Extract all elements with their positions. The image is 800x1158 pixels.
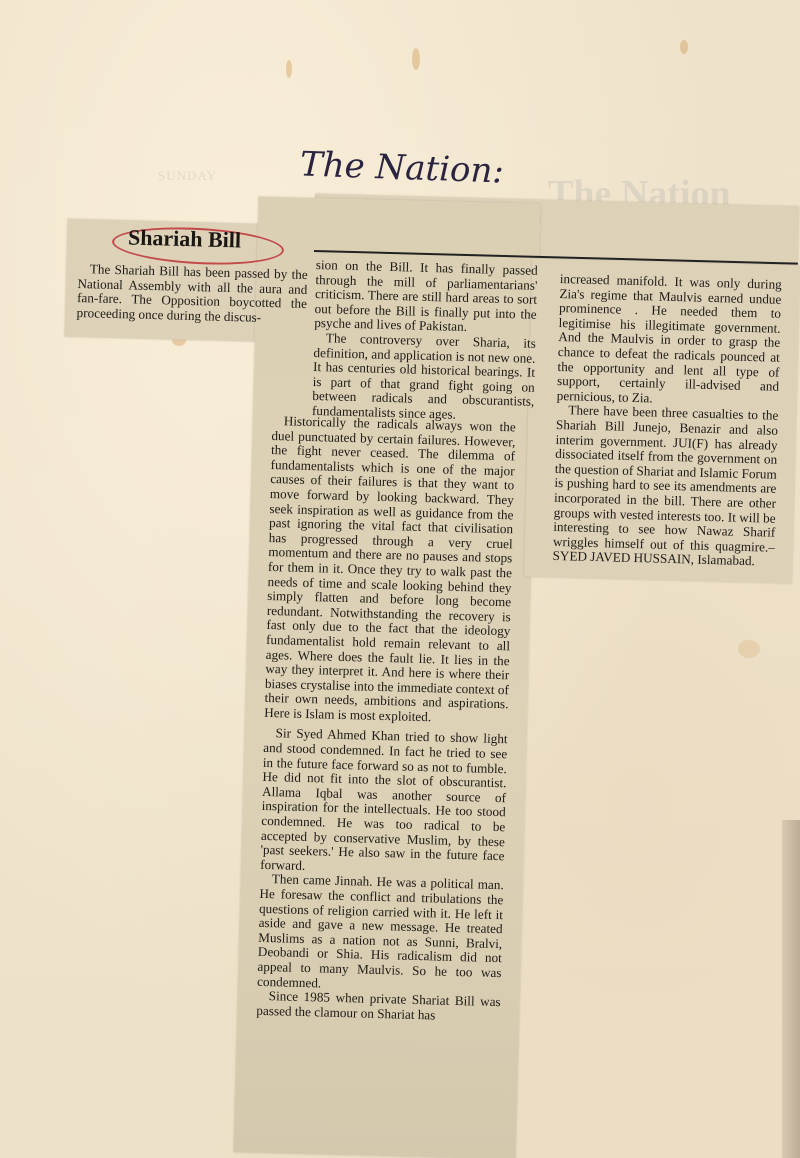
article-headline: Shariah Bill xyxy=(128,225,242,254)
foxing-stain xyxy=(286,60,292,78)
article-column-middle-top: sion on the Bill. It has finally passed … xyxy=(312,258,538,424)
album-page-edge xyxy=(782,820,800,1158)
paragraph: Sir Syed Ahmed Khan tried to show light … xyxy=(260,726,508,878)
paragraph: Historically the radicals always won the… xyxy=(264,414,516,727)
paragraph: The Shariah Bill has been passed by the … xyxy=(76,262,307,326)
article-column-middle: Historically the radicals always won the… xyxy=(256,414,516,1025)
paragraph: sion on the Bill. It has finally passed … xyxy=(314,258,538,337)
foxing-stain xyxy=(412,48,420,70)
article-column-right: increased manifold. It was only during Z… xyxy=(552,272,782,570)
handwritten-source-note: The Nation: xyxy=(299,144,504,191)
paragraph: Then came Jinnah. He was a political man… xyxy=(257,872,504,995)
article-column-left: The Shariah Bill has been passed by the … xyxy=(76,262,307,326)
paragraph: The controversy over Sharia, its definit… xyxy=(312,331,536,424)
bleed-through-day: SUNDAY xyxy=(158,168,217,184)
paragraph: There have been three casualties to the … xyxy=(552,403,778,569)
foxing-stain xyxy=(680,40,688,54)
paragraph: increased manifold. It was only during Z… xyxy=(557,272,782,409)
foxing-stain xyxy=(738,640,760,658)
